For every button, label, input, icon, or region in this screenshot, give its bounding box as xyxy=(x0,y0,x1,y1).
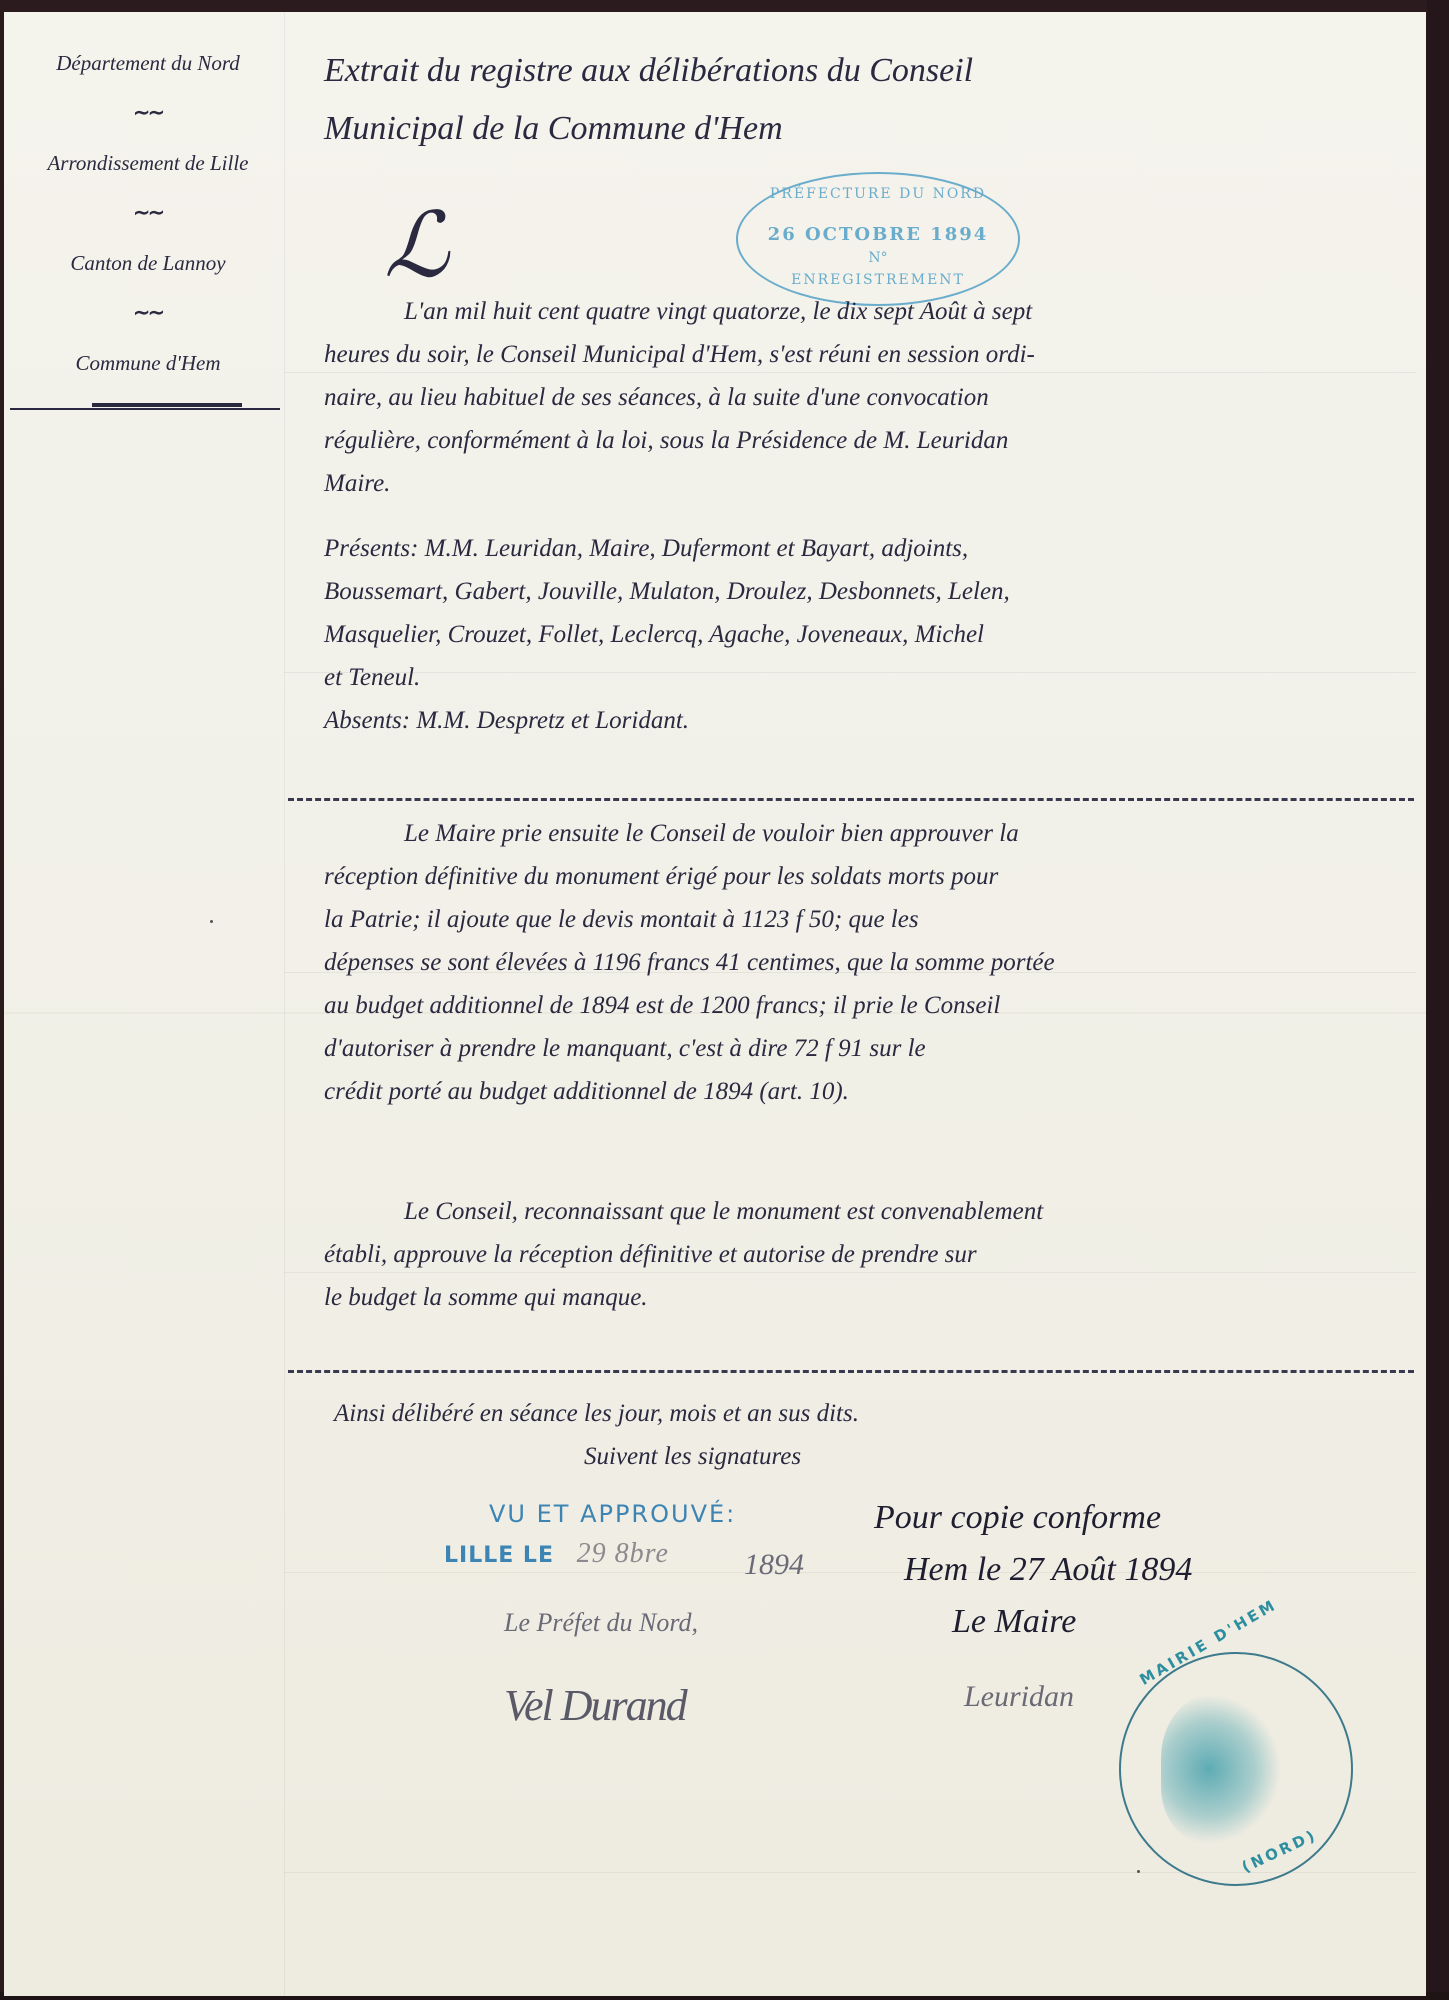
prefect-signature: Vel Durand xyxy=(504,1680,686,1731)
absent-line: Absents: M.M. Despretz et Loridant. xyxy=(324,699,1404,742)
title-line-2: Municipal de la Commune d'Hem xyxy=(324,100,1404,158)
text-line: régulière, conformément à la loi, sous l… xyxy=(324,419,1404,462)
stamp-number-label: N° xyxy=(738,250,1018,266)
margin-line xyxy=(284,12,285,1996)
commune-label: Commune d'Hem xyxy=(18,342,278,384)
mayor-signature: Leuridan xyxy=(964,1680,1074,1714)
separator-flourish: ∼∼ xyxy=(18,84,278,142)
text-line: Le Conseil, reconnaissant que le monumen… xyxy=(324,1190,1404,1233)
present-line: et Teneul. xyxy=(324,656,1404,699)
closing-formula: Ainsi délibéré en séance les jour, mois … xyxy=(334,1392,1414,1478)
photo-frame-right xyxy=(1427,0,1449,2000)
signatures-note: Suivent les signatures xyxy=(334,1435,1414,1478)
initial-flourish: ℒ xyxy=(384,202,449,292)
text-line: crédit porté au budget additionnel de 18… xyxy=(324,1070,1404,1113)
present-line: Boussemart, Gabert, Jouville, Mulaton, D… xyxy=(324,570,1404,613)
closing-line: Ainsi délibéré en séance les jour, mois … xyxy=(334,1392,1414,1435)
stamp-top-text: PRÉFECTURE DU NORD xyxy=(768,186,988,202)
certification-place-date: Hem le 27 Août 1894 xyxy=(874,1544,1192,1596)
department-label: Département du Nord xyxy=(18,42,278,84)
text-line: le budget la somme qui manque. xyxy=(324,1276,1404,1319)
approval-stamp-place: LILLE LE 29 8bre xyxy=(444,1538,736,1570)
canton-label: Canton de Lannoy xyxy=(18,242,278,284)
approval-handwritten-date: 29 8bre xyxy=(563,1538,669,1569)
header-underline xyxy=(10,408,280,410)
stamp-bottom-text: ENREGISTREMENT xyxy=(768,272,988,288)
attendance-section: Présents: M.M. Leuridan, Maire, Dufermon… xyxy=(324,527,1404,742)
ink-speck xyxy=(1137,1870,1140,1873)
document-page: Département du Nord ∼∼ Arrondissement de… xyxy=(4,12,1426,1996)
certification-role: Le Maire xyxy=(874,1596,1192,1648)
section-divider xyxy=(288,1370,1414,1373)
text-line: réception définitive du monument érigé p… xyxy=(324,855,1404,898)
text-line: Le Maire prie ensuite le Conseil de voul… xyxy=(324,812,1404,855)
text-line: L'an mil huit cent quatre vingt quatorze… xyxy=(324,290,1404,333)
certification-block: Pour copie conforme Hem le 27 Août 1894 … xyxy=(874,1492,1192,1648)
approval-stamp: VU ET APPROUVÉ: LILLE LE 29 8bre 1894 xyxy=(444,1500,736,1570)
text-line: heures du soir, le Conseil Municipal d'H… xyxy=(324,333,1404,376)
section-divider xyxy=(288,798,1414,801)
ink-speck xyxy=(210,920,213,923)
approval-place-label: LILLE LE xyxy=(444,1543,554,1568)
title-line-1: Extrait du registre aux délibérations du… xyxy=(324,42,1404,100)
administrative-header: Département du Nord ∼∼ Arrondissement de… xyxy=(18,42,278,384)
document-title: Extrait du registre aux délibérations du… xyxy=(324,42,1404,158)
present-line: Présents: M.M. Leuridan, Maire, Dufermon… xyxy=(324,527,1404,570)
text-line: établi, approuve la réception définitive… xyxy=(324,1233,1404,1276)
present-line: Masquelier, Crouzet, Follet, Leclercq, A… xyxy=(324,613,1404,656)
text-line: dépenses se sont élevées à 1196 francs 4… xyxy=(324,941,1404,984)
approval-year: 1894 xyxy=(744,1548,804,1582)
registration-stamp: PRÉFECTURE DU NORD 26 OCTOBRE 1894 N° EN… xyxy=(736,172,1020,306)
approval-stamp-title: VU ET APPROUVÉ: xyxy=(444,1500,736,1528)
header-underline-thick xyxy=(92,403,242,407)
prefect-title: Le Préfet du Nord, xyxy=(504,1608,698,1638)
decision-paragraph: Le Conseil, reconnaissant que le monumen… xyxy=(324,1190,1404,1319)
deliberation-paragraph: Le Maire prie ensuite le Conseil de voul… xyxy=(324,812,1404,1113)
certification-line: Pour copie conforme xyxy=(874,1492,1192,1544)
arrondissement-label: Arrondissement de Lille xyxy=(18,142,278,184)
text-line: Maire. xyxy=(324,462,1404,505)
text-line: naire, au lieu habituel de ses séances, … xyxy=(324,376,1404,419)
opening-paragraph: L'an mil huit cent quatre vingt quatorze… xyxy=(324,290,1404,505)
seal-ink-blot xyxy=(1161,1694,1281,1844)
text-line: la Patrie; il ajoute que le devis montai… xyxy=(324,898,1404,941)
text-line: d'autoriser à prendre le manquant, c'est… xyxy=(324,1027,1404,1070)
stamp-date: 26 OCTOBRE 1894 xyxy=(738,224,1018,245)
ruled-line xyxy=(284,1572,1416,1573)
separator-flourish: ∼∼ xyxy=(18,184,278,242)
text-line: au budget additionnel de 1894 est de 120… xyxy=(324,984,1404,1027)
separator-flourish: ∼∼ xyxy=(18,284,278,342)
mairie-seal-stamp: MAIRIE D'HEM (NORD) xyxy=(1119,1652,1353,1886)
